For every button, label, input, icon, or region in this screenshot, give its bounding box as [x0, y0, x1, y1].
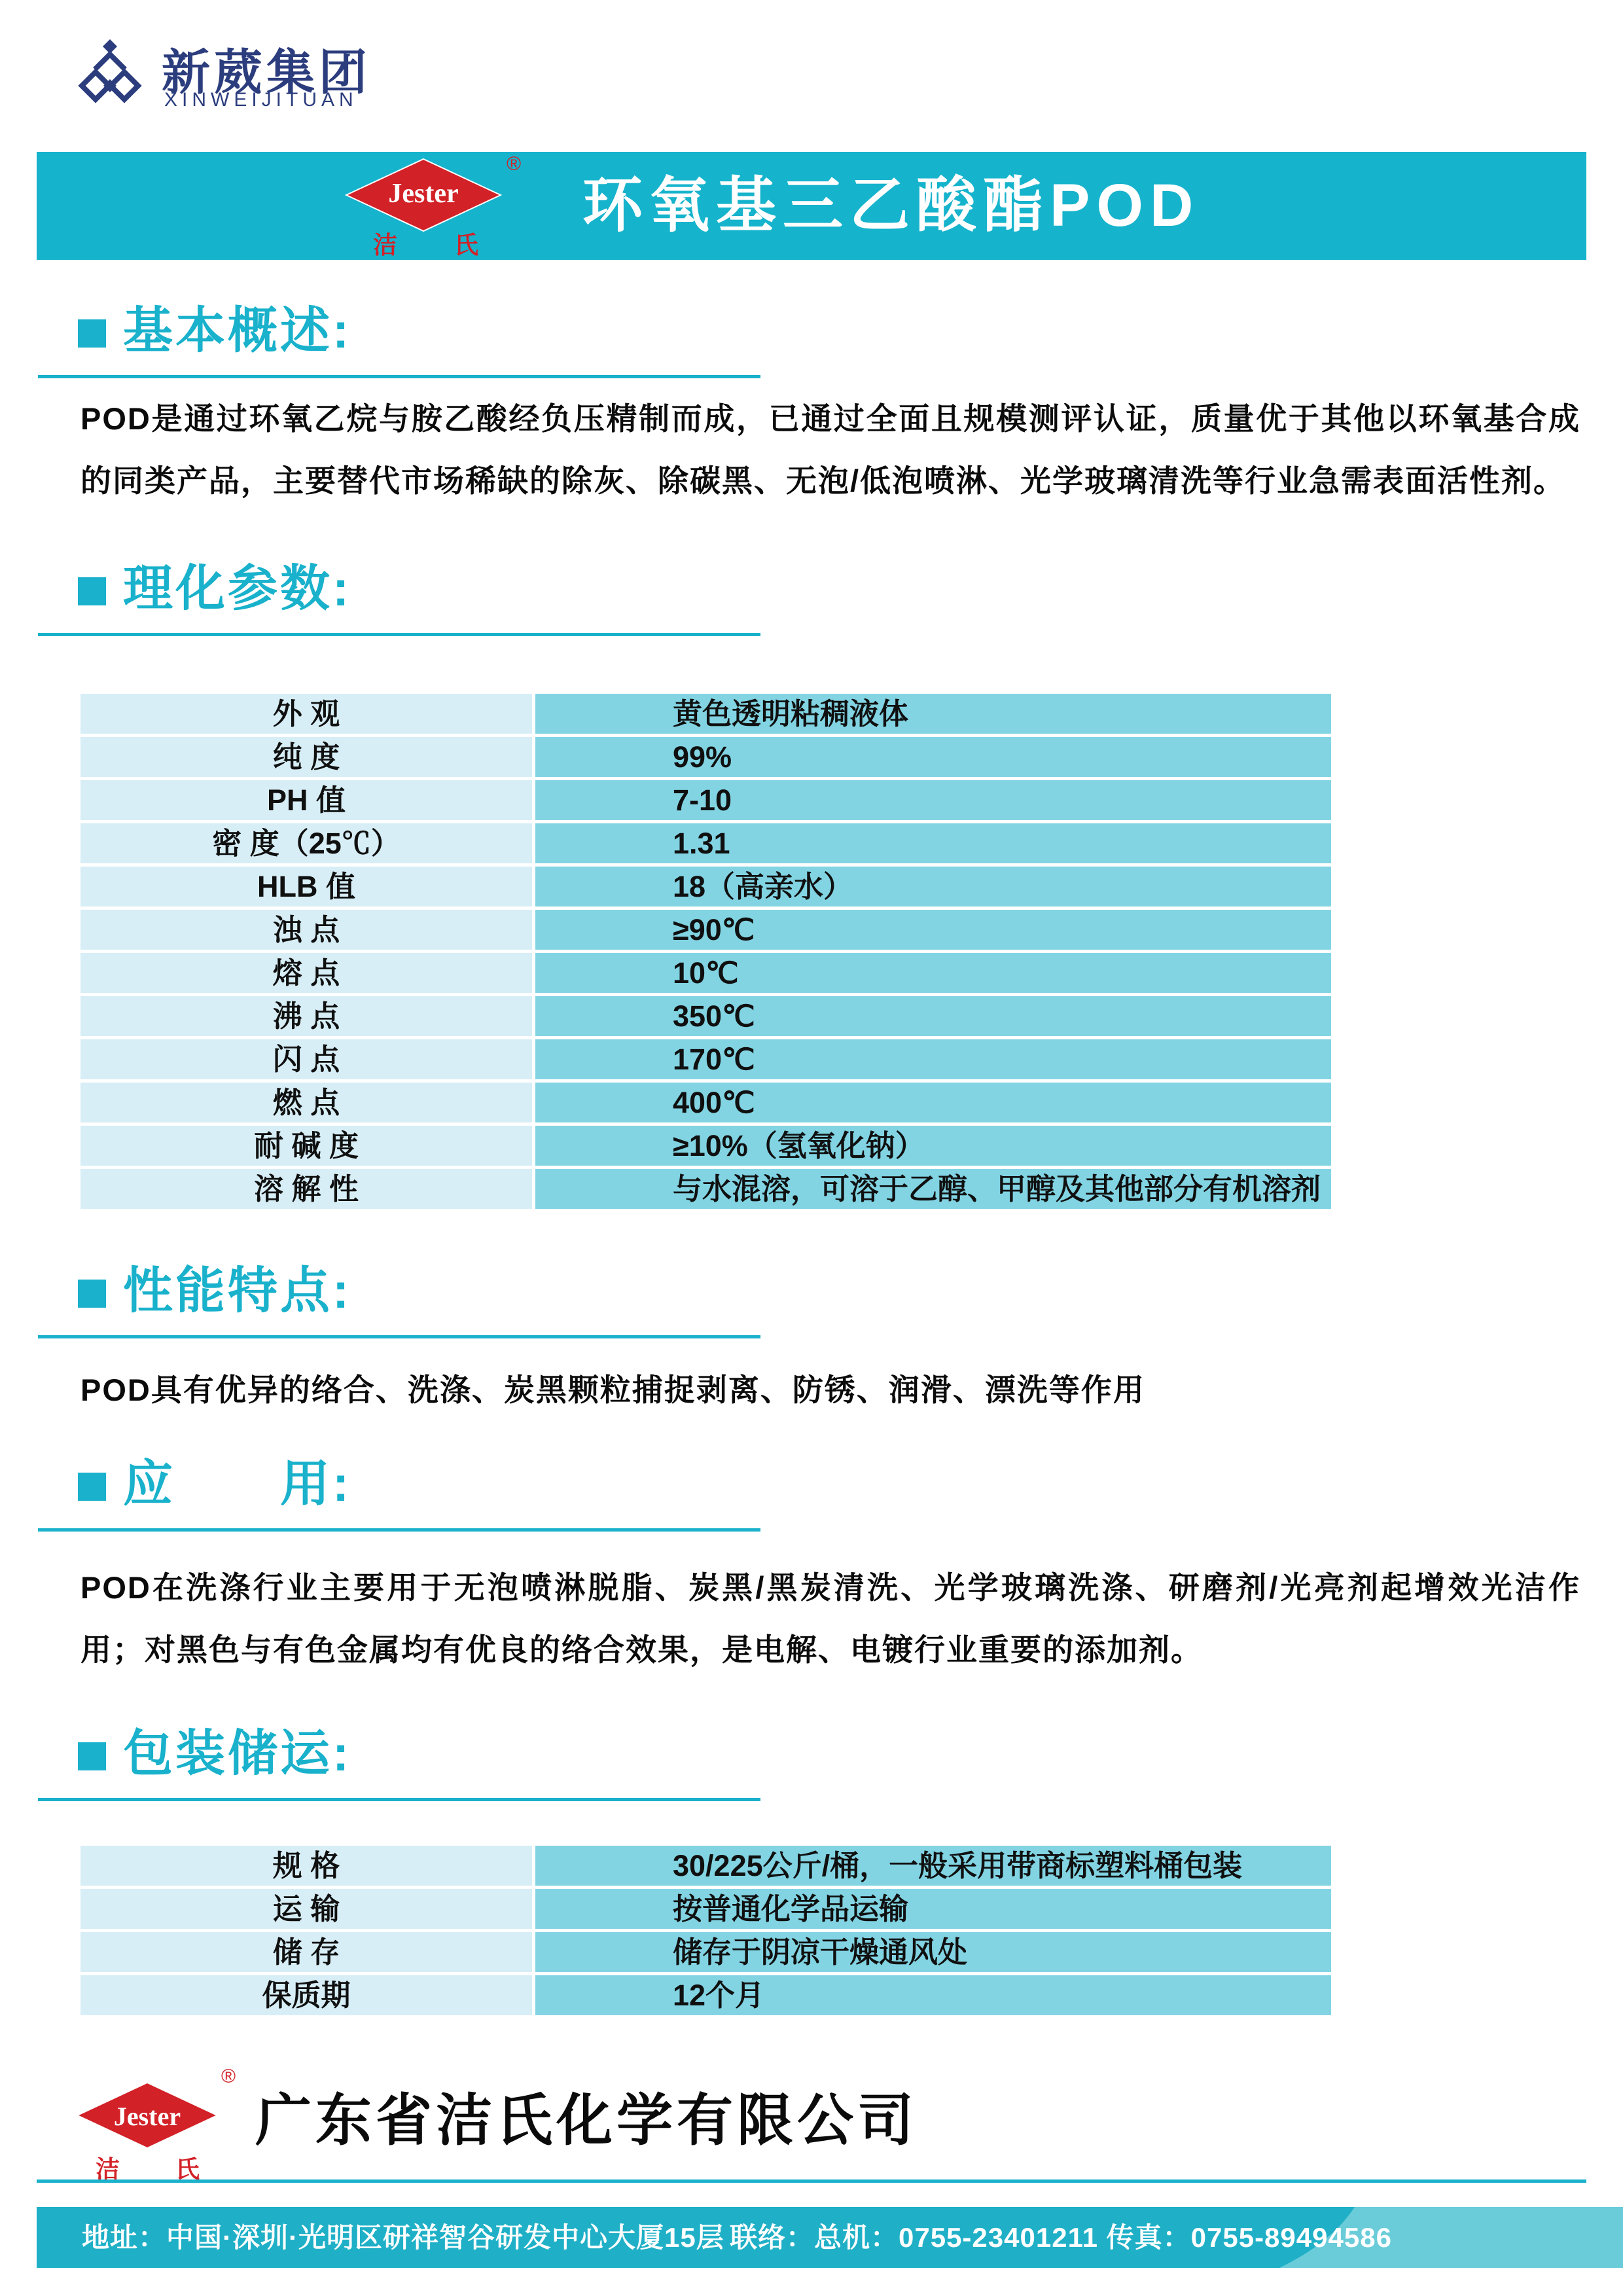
- table-row: 密 度（25℃） 1.31: [80, 823, 1331, 863]
- table-row: 规 格 30/225公斤/桶，一般采用带商标塑料桶包装: [80, 1846, 1331, 1886]
- company-name: 广东省洁氏化学有限公司: [255, 2089, 918, 2152]
- row-value: 18（高亲水）: [535, 867, 1331, 906]
- section-heading-text: 应 用:: [123, 1453, 351, 1516]
- row-label: 纯 度: [80, 737, 532, 777]
- section-bullet-square: [78, 1280, 106, 1308]
- row-label: 浊 点: [80, 910, 532, 950]
- application-paragraph: POD在洗涤行业主要用于无泡喷淋脱脂、炭黑/黑炭清洗、光学玻璃洗涤、研磨剂/光亮…: [80, 1556, 1580, 1681]
- row-value: 1.31: [535, 823, 1331, 863]
- section-heading-text: 包装储运:: [123, 1723, 351, 1785]
- xinwei-logo-icon: [74, 39, 146, 107]
- jester-cn-right: 氏: [454, 225, 478, 260]
- jester-wordmark: Jester: [345, 178, 502, 209]
- row-value: ≥90℃: [535, 910, 1331, 950]
- row-label: 运 输: [80, 1889, 532, 1929]
- row-label: 耐 碱 度: [80, 1126, 532, 1166]
- table-row: 闪 点 170℃: [80, 1039, 1331, 1079]
- row-value: ≥10%（氢氧化钠）: [535, 1126, 1331, 1166]
- row-value: 30/225公斤/桶，一般采用带商标塑料桶包装: [535, 1846, 1331, 1886]
- row-label: 燃 点: [80, 1083, 532, 1122]
- row-label: PH 值: [80, 780, 532, 820]
- overview-paragraph: POD是通过环氧乙烷与胺乙酸经负压精制而成，已通过全面且规模测评认证，质量优于其…: [80, 387, 1580, 512]
- table-row: 浊 点 ≥90℃: [80, 910, 1331, 950]
- section-bullet-square: [78, 1742, 106, 1770]
- table-row: 熔 点 10℃: [80, 953, 1331, 993]
- table-row: 沸 点 350℃: [80, 996, 1331, 1036]
- table-row: 外 观 黄色透明粘稠液体: [80, 694, 1331, 734]
- table-row: 溶 解 性 与水混溶，可溶于乙醇、甲醇及其他部分有机溶剂: [80, 1169, 1331, 1209]
- section-bullet-square: [78, 319, 106, 348]
- brand-name-en: XINWEIJITUAN: [164, 89, 358, 111]
- page-title: 环氧基三乙酸酯POD: [582, 152, 1564, 260]
- row-value: 按普通化学品运输: [535, 1889, 1331, 1929]
- section-underline: [38, 1528, 760, 1532]
- table-row: 耐 碱 度 ≥10%（氢氧化钠）: [80, 1126, 1331, 1166]
- parameters-table: 外 观 黄色透明粘稠液体 纯 度 99% PH 值 7-10 密 度（25℃） …: [80, 694, 1331, 1212]
- section-underline: [38, 633, 760, 636]
- packaging-table: 规 格 30/225公斤/桶，一般采用带商标塑料桶包装 运 输 按普通化学品运输…: [80, 1846, 1331, 2018]
- section-underline: [38, 1335, 760, 1338]
- footer-divider-line: [37, 2179, 1586, 2183]
- row-value: 99%: [535, 737, 1331, 777]
- section-heading-text: 基本概述:: [123, 300, 351, 363]
- jester-wordmark: Jester: [76, 2101, 219, 2132]
- footer-bar: 地址：中国·深圳·光明区研祥智谷研发中心大厦15层 联络：总机：0755-234…: [37, 2207, 1623, 2268]
- section-bullet-square: [78, 1473, 106, 1501]
- row-label: 闪 点: [80, 1039, 532, 1079]
- row-value: 黄色透明粘稠液体: [535, 694, 1331, 734]
- row-value: 与水混溶，可溶于乙醇、甲醇及其他部分有机溶剂: [535, 1169, 1331, 1209]
- table-row: 运 输 按普通化学品运输: [80, 1889, 1331, 1929]
- row-label: HLB 值: [80, 867, 532, 906]
- row-value: 7-10: [535, 780, 1331, 820]
- section-underline: [38, 1798, 760, 1801]
- registered-trademark-icon: ®: [221, 2066, 236, 2088]
- datasheet-page: 新葳集团 XINWEIJITUAN Jester ® 洁 氏 环氧基三乙酸酯PO…: [0, 0, 1623, 2296]
- row-value: 350℃: [535, 996, 1331, 1036]
- row-label: 溶 解 性: [80, 1169, 532, 1209]
- section-heading-text: 理化参数:: [123, 558, 351, 620]
- table-row: HLB 值 18（高亲水）: [80, 867, 1331, 906]
- row-label: 规 格: [80, 1846, 532, 1886]
- row-value: 储存于阴凉干燥通风处: [535, 1932, 1331, 1972]
- table-row: 纯 度 99%: [80, 737, 1331, 777]
- row-value: 170℃: [535, 1039, 1331, 1079]
- row-value: 10℃: [535, 953, 1331, 993]
- footer-address: 地址：中国·深圳·光明区研祥智谷研发中心大厦15层: [82, 2207, 724, 2268]
- row-label: 储 存: [80, 1932, 532, 1972]
- jester-cn-left: 洁: [373, 225, 397, 260]
- title-banner: Jester ® 洁 氏 环氧基三乙酸酯POD: [37, 152, 1586, 260]
- table-row: 燃 点 400℃: [80, 1083, 1331, 1122]
- footer-contact: 联络：总机：0755-23401211 传真：0755-89494586: [730, 2207, 1392, 2268]
- row-label: 保质期: [80, 1975, 532, 2015]
- table-row: 保质期 12个月: [80, 1975, 1331, 2015]
- row-label: 外 观: [80, 694, 532, 734]
- row-label: 密 度（25℃）: [80, 823, 532, 863]
- table-row: 储 存 储存于阴凉干燥通风处: [80, 1932, 1331, 1972]
- section-bullet-square: [78, 577, 106, 605]
- row-label: 熔 点: [80, 953, 532, 993]
- row-label: 沸 点: [80, 996, 532, 1036]
- row-value: 400℃: [535, 1083, 1331, 1122]
- features-paragraph: POD具有优异的络合、洗涤、炭黑颗粒捕捉剥离、防锈、润滑、漂洗等作用: [80, 1359, 1580, 1421]
- registered-trademark-icon: ®: [507, 153, 521, 175]
- table-row: PH 值 7-10: [80, 780, 1331, 820]
- row-value: 12个月: [535, 1975, 1331, 2015]
- section-underline: [38, 375, 760, 378]
- section-heading-text: 性能特点:: [123, 1260, 351, 1323]
